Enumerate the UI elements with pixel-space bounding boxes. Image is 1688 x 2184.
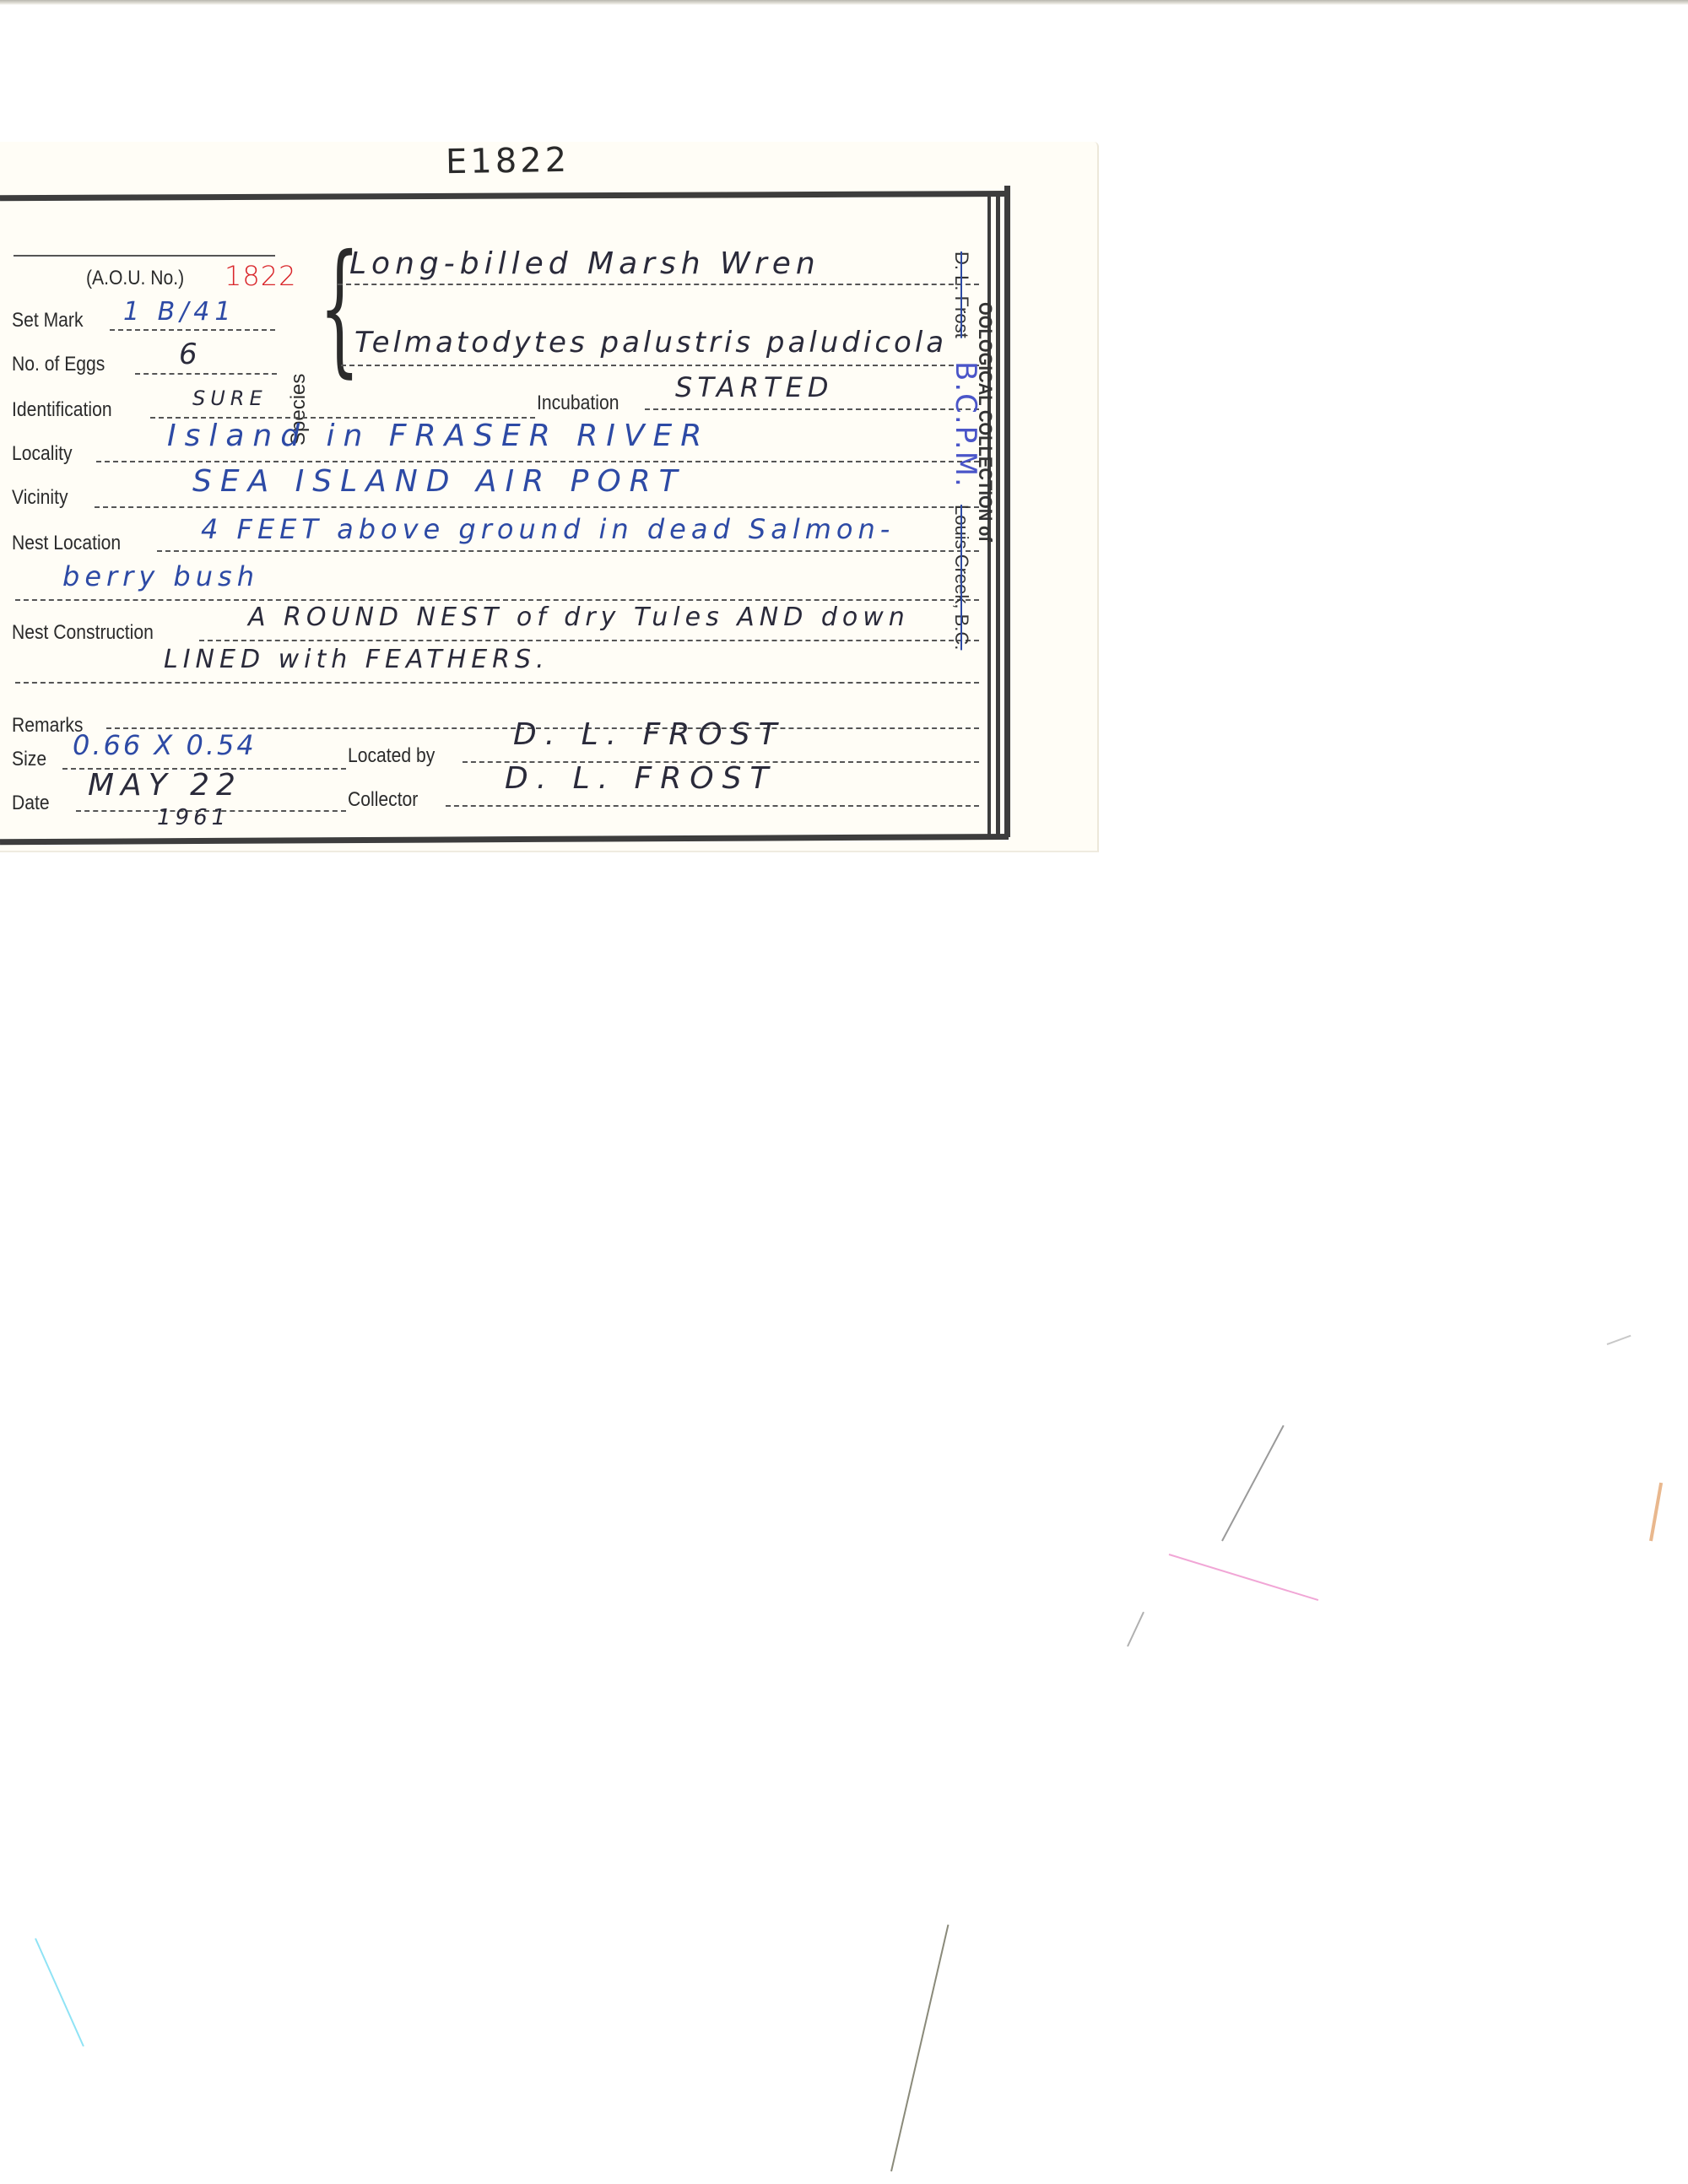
aou-number: 1822: [225, 260, 296, 292]
nest-location-line1: 4 FEET above ground in dead Salmon-: [201, 513, 895, 545]
frame-top-border: [0, 191, 1007, 201]
located-by-label: Located by: [348, 744, 435, 768]
collector-rule: [446, 805, 979, 807]
egg-data-card: E1822 (A.O.U. No.) 1822 Set Mark 1 B/41 …: [0, 142, 1099, 852]
scan-mark: [1649, 1483, 1663, 1542]
collection-panel: OOLOGICAL COLLECTION of D. L. Frost B.C.…: [945, 251, 1013, 724]
no-of-eggs-label: No. of Eggs: [12, 353, 105, 376]
species-common-name: Long-billed Marsh Wren: [349, 246, 820, 281]
no-of-eggs-value: 6: [179, 338, 203, 371]
vicinity-rule: [95, 506, 979, 508]
species-common-rule: [338, 284, 979, 285]
set-mark-value: 1 B/41: [123, 297, 236, 327]
collector-value: D. L. FROST: [505, 761, 776, 796]
collection-place-struck: Louis Creek, B.C.: [950, 505, 972, 650]
nest-location-rule-2: [15, 599, 979, 601]
incubation-label: Incubation: [537, 392, 619, 415]
collection-stamp: B.C.P.M.: [949, 361, 982, 489]
nest-construction-rule: [199, 640, 979, 641]
collection-owner-struck: D. L. Frost: [950, 251, 972, 338]
date-label: Date: [12, 792, 50, 815]
identification-value: SURE: [192, 387, 268, 410]
catalog-number: E1822: [446, 141, 571, 182]
locality-label: Locality: [12, 442, 73, 466]
frame-bottom-border: [0, 834, 1009, 845]
nest-location-line2: berry bush: [62, 560, 259, 592]
scan-mark: [35, 1938, 84, 2047]
scan-edge: [0, 0, 1688, 5]
nest-construction-line2: LINED with FEATHERS.: [164, 645, 549, 674]
located-by-value: D. L. FROST: [513, 717, 785, 752]
scan-mark: [1221, 1425, 1285, 1542]
nest-construction-line1: A ROUND NEST of dry Tules AND down: [248, 603, 910, 632]
incubation-value: STARTED: [675, 371, 833, 403]
nest-location-rule: [157, 550, 979, 552]
scan-mark: [890, 1924, 949, 2171]
incubation-rule: [645, 408, 979, 410]
size-value: 0.66 X 0.54: [73, 729, 257, 761]
date-year: 1961: [157, 805, 230, 830]
nest-construction-rule-2: [15, 682, 979, 684]
scan-mark: [1607, 1335, 1631, 1345]
locality-rule: [96, 461, 979, 462]
nest-location-label: Nest Location: [12, 532, 121, 555]
collector-label: Collector: [348, 788, 418, 812]
locality-value: Island in FRASER RIVER: [167, 419, 710, 453]
scan-mark: [1127, 1612, 1144, 1647]
no-of-eggs-rule: [135, 373, 277, 375]
set-mark-label: Set Mark: [12, 309, 84, 332]
vicinity-label: Vicinity: [12, 486, 68, 510]
date-value: MAY 22: [88, 768, 242, 803]
aou-rule: [14, 255, 275, 257]
identification-label: Identification: [12, 398, 112, 422]
vicinity-value: SEA ISLAND AIR PORT: [192, 464, 686, 499]
size-label: Size: [12, 748, 46, 771]
species-scientific-name: Telmatodytes palustris paludicola: [354, 326, 947, 359]
aou-label: (A.O.U. No.): [86, 267, 184, 290]
species-scientific-rule: [341, 365, 979, 366]
set-mark-rule: [110, 329, 275, 331]
nest-construction-label: Nest Construction: [12, 621, 154, 645]
scan-mark: [1169, 1554, 1319, 1601]
